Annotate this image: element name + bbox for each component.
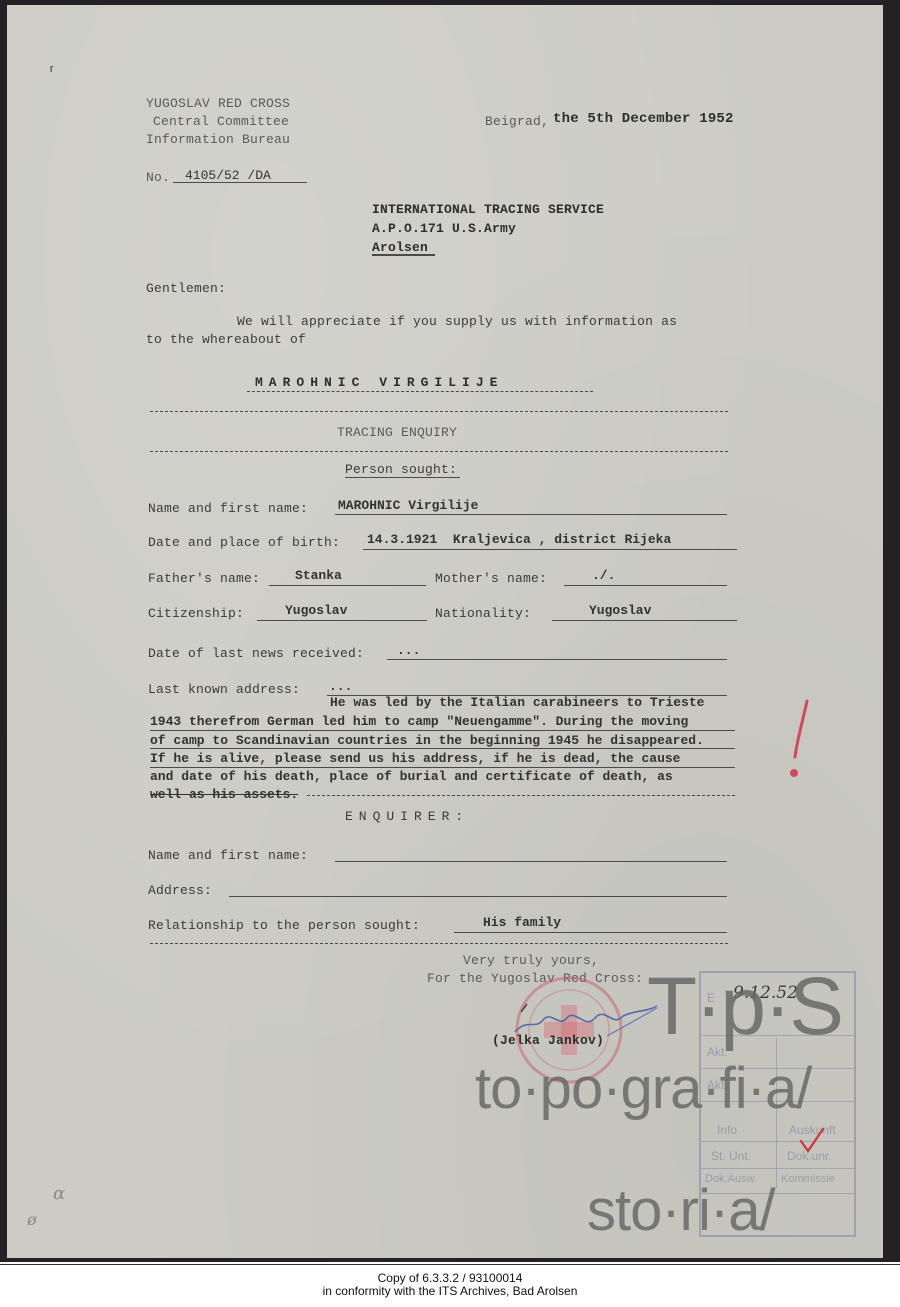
last-address-value: ...: [329, 679, 352, 694]
birth-line: [363, 549, 737, 550]
enquirer-address-label: Address:: [148, 883, 212, 898]
document-page: YUGOSLAV RED CROSS Central Committee Inf…: [7, 5, 883, 1258]
citizenship-line: [257, 620, 427, 621]
pencil-mark-top: ʳ: [47, 63, 57, 81]
org-name: YUGOSLAV RED CROSS: [146, 96, 290, 111]
stamp-label-kommissie: Kommissie: [781, 1173, 835, 1185]
last-news-line: [387, 659, 727, 660]
section-person-underline: [345, 477, 460, 478]
remarks-line-1: He was led by the Italian carabineers to…: [330, 695, 704, 710]
recipient-line-1: INTERNATIONAL TRACING SERVICE: [372, 202, 604, 217]
divider-bottom: [150, 451, 728, 452]
relationship-label: Relationship to the person sought:: [148, 918, 420, 933]
org-committee: Central Committee: [153, 114, 289, 129]
ref-underline: [173, 182, 307, 183]
pencil-mark-zero: ø: [27, 1210, 37, 1229]
last-news-value: ...: [397, 643, 420, 658]
recipient-underline: [372, 254, 435, 256]
last-news-label: Date of last news received:: [148, 646, 364, 661]
letter-date: the 5th December 1952: [553, 111, 734, 127]
remarks-rule-2: [150, 748, 735, 749]
enquirer-name-label: Name and first name:: [148, 848, 308, 863]
stamp-label-info: Info: [717, 1123, 737, 1137]
watermark-topografia: to·po·gra·fi·a/: [475, 1055, 811, 1122]
father-line: [269, 585, 426, 586]
remarks-rule-3: [150, 767, 735, 768]
citizenship-value: Yugoslav: [285, 603, 347, 618]
remarks-rule-1: [150, 730, 735, 731]
remarks-line-5: and date of his death, place of burial a…: [150, 769, 673, 784]
scan-frame: YUGOSLAV RED CROSS Central Committee Inf…: [0, 0, 900, 1262]
section-enquirer: ENQUIRER:: [345, 809, 469, 824]
nationality-line: [552, 620, 737, 621]
footer-line-2: in conformity with the ITS Archives, Bad…: [0, 1285, 900, 1298]
org-bureau: Information Bureau: [146, 132, 290, 147]
name-label: Name and first name:: [148, 501, 308, 516]
name-line: [335, 514, 727, 515]
subject-underline: [247, 391, 593, 392]
remarks-end-dash: [307, 795, 735, 796]
remarks-line-4: If he is alive, please send us his addre…: [150, 751, 681, 766]
red-exclamation-mark: [785, 695, 815, 785]
relationship-value: His family: [483, 915, 561, 930]
recipient-line-2: A.P.O.171 U.S.Army: [372, 221, 516, 236]
citizenship-label: Citizenship:: [148, 606, 244, 621]
signatory-name: (Jelka Jankov): [492, 1033, 604, 1048]
relationship-line: [454, 932, 727, 933]
remarks-line-3: of camp to Scandinavian countries in the…: [150, 733, 704, 748]
subject-name: MAROHNIC VIRGILIJE: [255, 375, 503, 390]
stamp-label-st-unt: St. Unt.: [711, 1149, 751, 1163]
mother-value: ./.: [592, 568, 615, 583]
pencil-mark-bottom: α: [53, 1183, 65, 1204]
name-value: MAROHNIC Virgilije: [338, 498, 478, 513]
watermark-storia: sto·ri·a/: [587, 1177, 775, 1244]
salutation: Gentlemen:: [146, 281, 226, 296]
watermark-tps: T·p·S: [647, 960, 842, 1054]
divider-enquirer-end: [150, 943, 728, 944]
ref-label: No.: [146, 170, 170, 185]
enquirer-address-line: [229, 896, 727, 897]
father-value: Stanka: [295, 568, 342, 583]
red-checkmark: [797, 1127, 827, 1157]
enquirer-name-line: [335, 861, 727, 862]
closing-line-1: Very truly yours,: [463, 953, 599, 968]
last-address-label: Last known address:: [148, 682, 300, 697]
birth-value: 14.3.1921 Kraljevica , district Rijeka: [367, 532, 671, 547]
ref-number: 4105/52 /DA: [185, 168, 271, 183]
mother-line: [564, 585, 727, 586]
footer-rule: [0, 1264, 900, 1265]
mother-label: Mother's name:: [435, 571, 547, 586]
body-line-1: We will appreciate if you supply us with…: [237, 314, 677, 329]
body-line-2: to the whereabout of: [146, 332, 306, 347]
form-title: TRACING ENQUIRY: [337, 425, 457, 440]
remarks-line-6: well as his assets.: [150, 787, 298, 802]
recipient-line-3: Arolsen: [372, 240, 428, 255]
remarks-line-2: 1943 therefrom German led him to camp "N…: [150, 714, 688, 729]
father-label: Father's name:: [148, 571, 260, 586]
nationality-value: Yugoslav: [589, 603, 651, 618]
nationality-label: Nationality:: [435, 606, 531, 621]
divider-top: [150, 411, 728, 412]
place: Beigrad,: [485, 114, 549, 129]
section-person-sought: Person sought:: [345, 462, 457, 477]
birth-label: Date and place of birth:: [148, 535, 340, 550]
